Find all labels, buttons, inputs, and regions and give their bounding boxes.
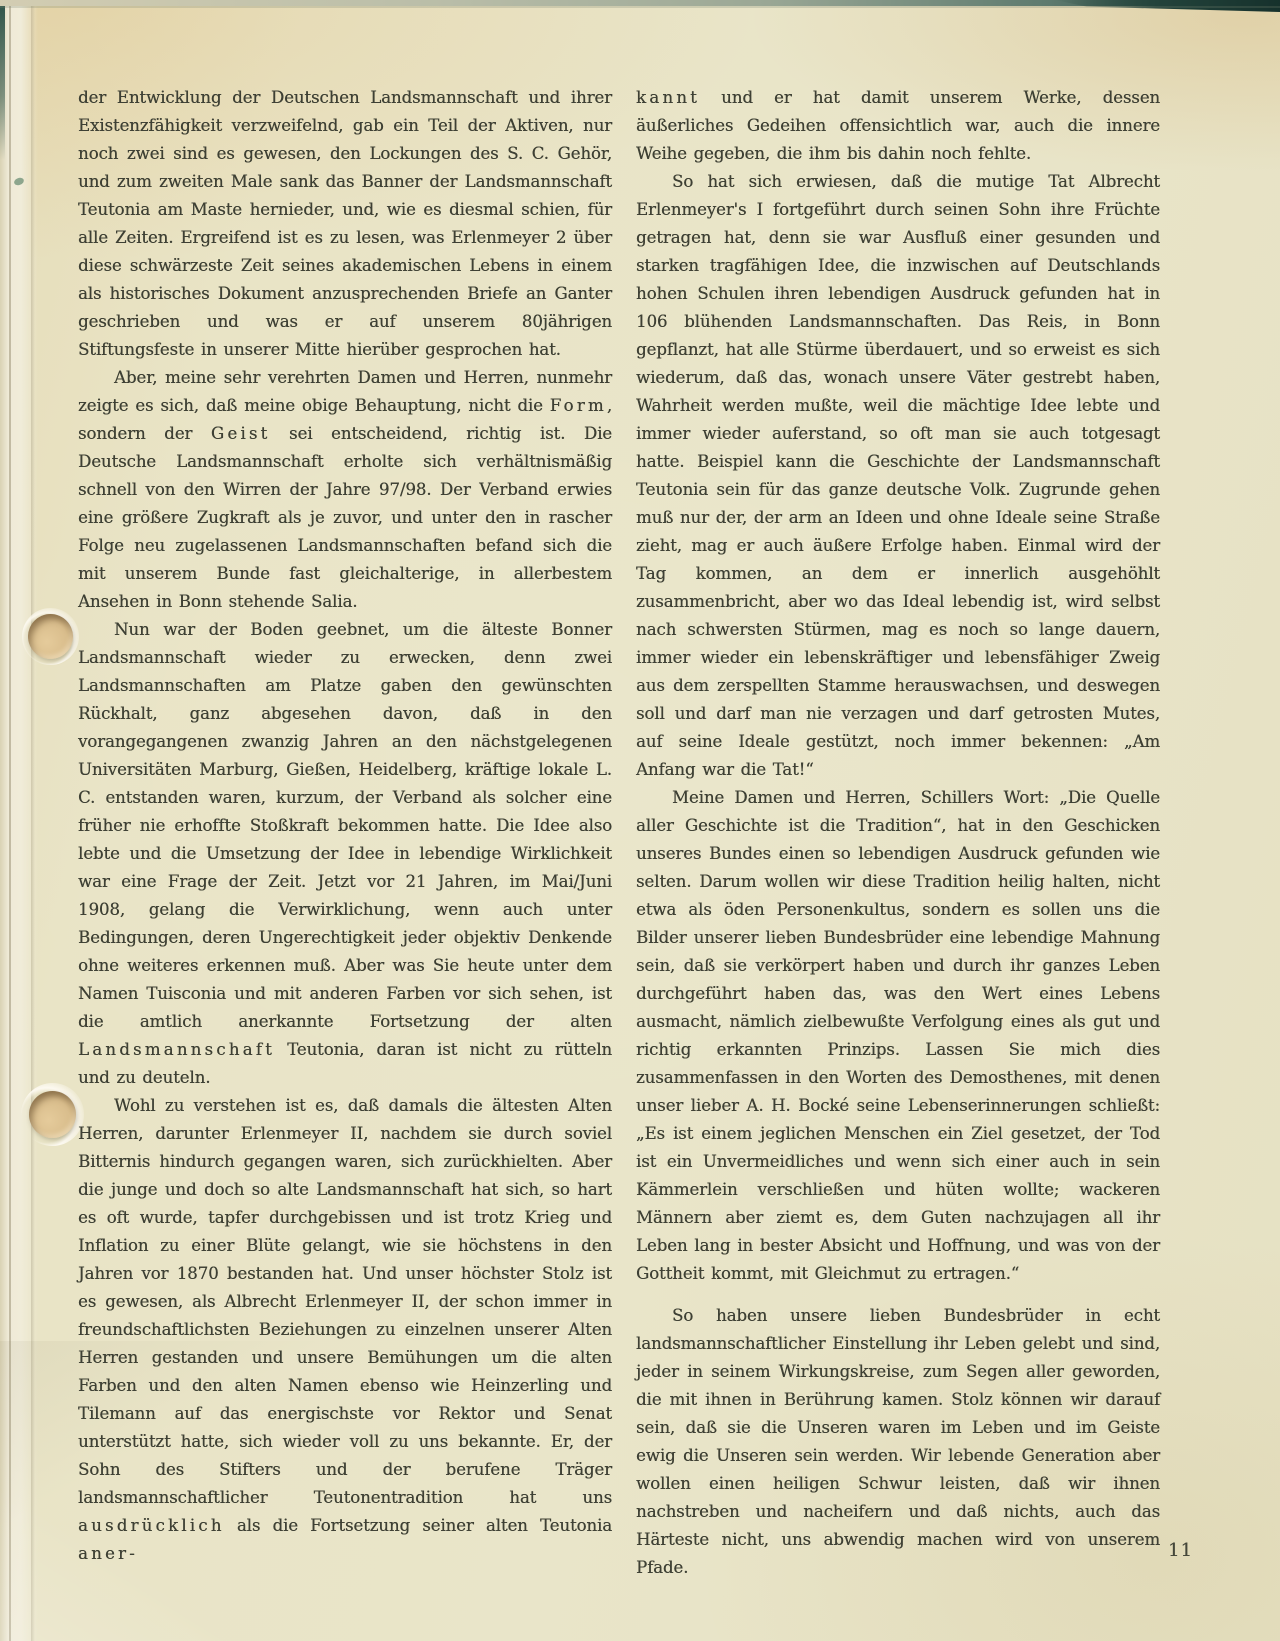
scan-top-hairline xyxy=(0,6,1280,8)
paragraph: Nun war der Boden geebnet, um die ältest… xyxy=(78,616,612,1092)
text-segment: sei entscheidend, richtig ist. Die Deuts… xyxy=(78,424,612,611)
paper-edge-crease xyxy=(31,0,35,1641)
text-column-left: der Entwicklung der Deutschen Landsmanns… xyxy=(78,84,612,1568)
text-segment: als die Fortsetzung seiner alten Teutoni… xyxy=(225,1516,612,1535)
text-segment: Meine Damen und Herren, Schillers Wort: … xyxy=(636,788,1160,1283)
punch-hole-opening xyxy=(29,1091,76,1138)
text-segment: aner- xyxy=(78,1544,138,1563)
text-segment: und er hat damit unserem Werke, dessen ä… xyxy=(636,88,1160,163)
paragraph: der Entwicklung der Deutschen Landsmanns… xyxy=(78,84,612,364)
text-segment: Wohl zu verstehen ist es, daß damals die… xyxy=(78,1096,612,1507)
text-segment: So haben unsere lieben Bundesbrüder in e… xyxy=(636,1306,1160,1577)
paragraph: Aber, meine sehr verehrten Damen und Her… xyxy=(78,364,612,616)
paragraph: So haben unsere lieben Bundesbrüder in e… xyxy=(636,1302,1160,1582)
text-segment: der Entwicklung der Deutschen Landsmanns… xyxy=(78,88,612,359)
punch-hole-opening xyxy=(28,614,73,659)
text-segment: Form xyxy=(550,396,607,415)
paragraph: Meine Damen und Herren, Schillers Wort: … xyxy=(636,784,1160,1288)
page-number: 11 xyxy=(1168,1540,1193,1561)
text-segment: Aber, meine sehr verehrten Damen und Her… xyxy=(78,368,612,415)
text-segment: Nun war der Boden geebnet, um die ältest… xyxy=(78,620,612,1031)
scan-edge-left-sliver xyxy=(0,0,5,160)
paragraph: So hat sich erwiesen, daß die mutige Tat… xyxy=(636,168,1160,784)
text-segment: Geist xyxy=(211,424,271,443)
paper-edge-fold-line xyxy=(9,0,11,1641)
paragraph: Wohl zu verstehen ist es, daß damals die… xyxy=(78,1092,612,1568)
punch-hole-top xyxy=(28,614,73,659)
text-segment: kannt xyxy=(636,88,700,107)
punch-hole-bottom xyxy=(29,1091,76,1138)
scanned-page: { "page": { "number": "11" }, "colors": … xyxy=(0,0,1280,1641)
text-segment: Landsmannschaft xyxy=(78,1040,275,1059)
paragraph: kannt und er hat damit unserem Werke, de… xyxy=(636,84,1160,168)
text-segment: ausdrücklich xyxy=(78,1516,225,1535)
text-column-right: kannt und er hat damit unserem Werke, de… xyxy=(636,84,1160,1582)
text-segment: So hat sich erwiesen, daß die mutige Tat… xyxy=(636,172,1160,779)
